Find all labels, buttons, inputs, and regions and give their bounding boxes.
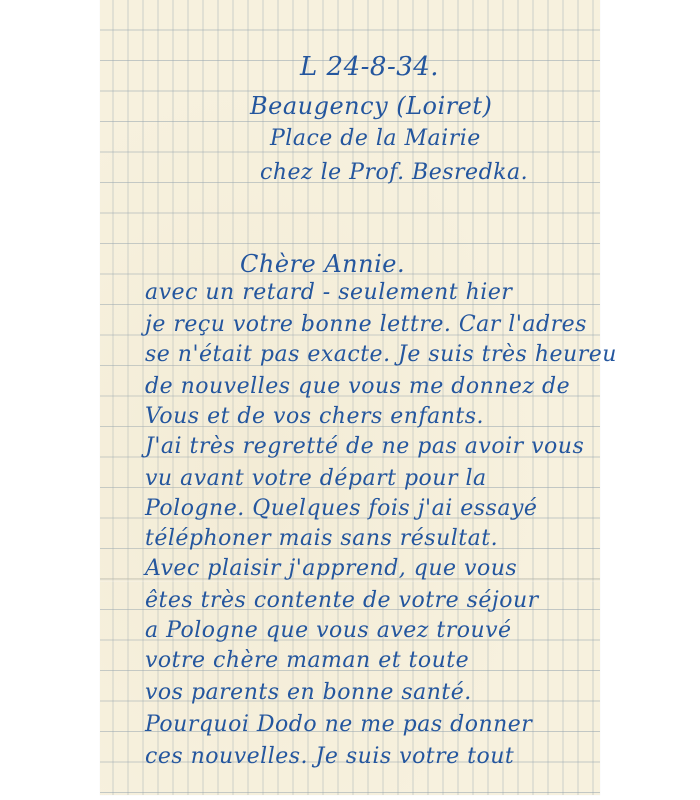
letter-body-line: se n'était pas exacte. Je suis très heur… [145, 342, 617, 367]
letter-body-line: je reçu votre bonne lettre. Car l'adres [145, 312, 587, 337]
letter-body-line: Vous et de vos chers enfants. [145, 404, 484, 429]
letter-body-line: téléphoner mais sans résultat. [145, 526, 498, 551]
letter-place: Beaugency (Loiret) [250, 92, 492, 120]
letter-body-line: Avec plaisir j'apprend, que vous [145, 556, 517, 581]
letter-body-line: vu avant votre départ pour la [145, 466, 487, 491]
letter-body-line: avec un retard - seulement hier [145, 280, 512, 305]
letter-date: L 24-8-34. [300, 52, 439, 82]
letter-care-of: chez le Prof. Besredka. [260, 160, 528, 185]
letter-body-line: Pologne. Quelques fois j'ai essayé [145, 496, 537, 521]
letter-address: Place de la Mairie [270, 126, 481, 151]
letter-body-line: ces nouvelles. Je suis votre tout [145, 744, 514, 769]
letter-body-line: votre chère maman et toute [145, 648, 469, 673]
letter-body-line: de nouvelles que vous me donnez de [145, 374, 570, 399]
letter-body-line: vos parents en bonne santé. [145, 680, 472, 705]
letter-body-line: êtes très contente de votre séjour [145, 588, 539, 613]
letter-body-line: Pourquoi Dodo ne me pas donner [145, 712, 532, 737]
letter-body-line: J'ai très regretté de ne pas avoir vous [145, 434, 584, 459]
letter-salutation: Chère Annie. [240, 250, 405, 278]
letter-paper: L 24-8-34. Beaugency (Loiret) Place de l… [100, 0, 600, 795]
letter-body-line: a Pologne que vous avez trouvé [145, 618, 512, 643]
